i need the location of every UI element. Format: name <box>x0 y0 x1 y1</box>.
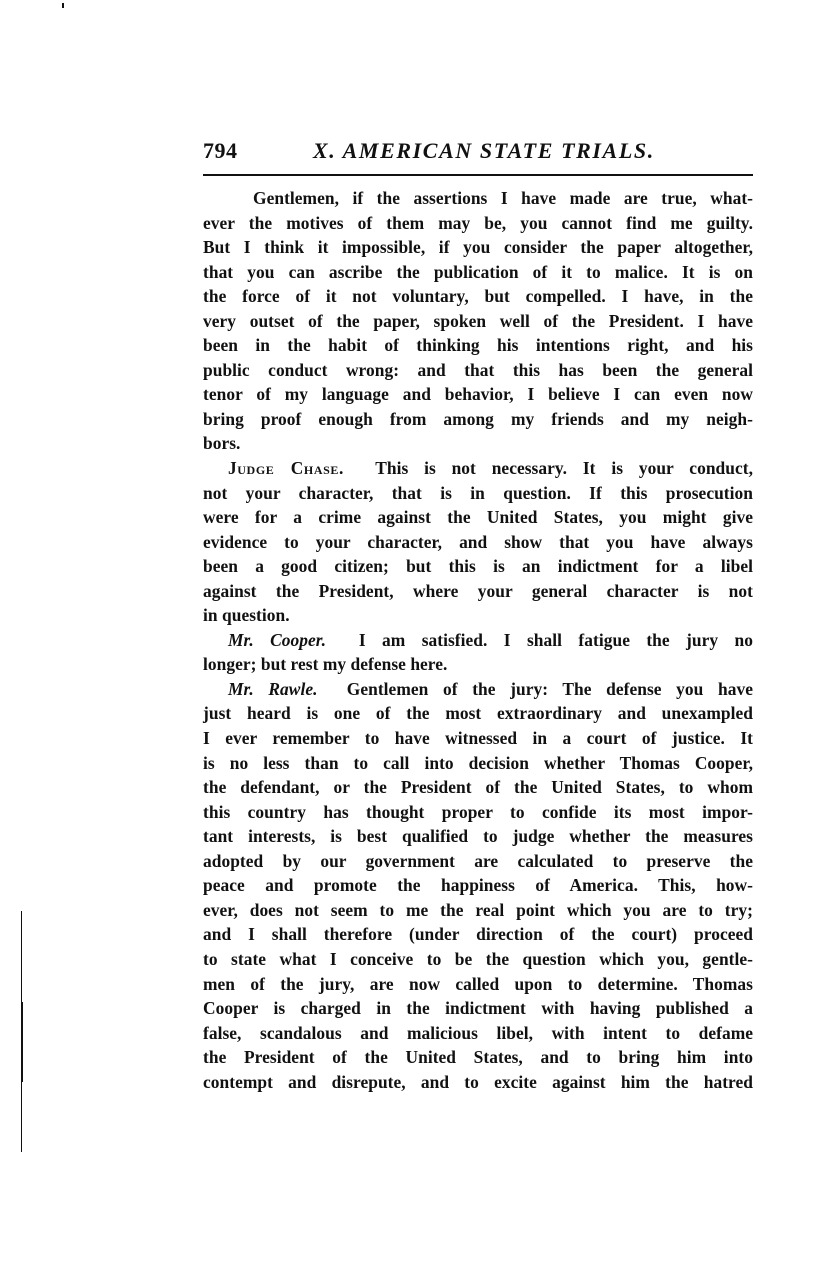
text-line: Cooper is charged in the indictment with… <box>203 996 753 1021</box>
text-line: not your character, that is in question.… <box>203 481 753 506</box>
paragraph-defense-statement: Gentlemen, if the assertions I have made… <box>203 186 753 456</box>
speech-text: Gentlemen of the jury: The defense you h… <box>347 679 753 699</box>
speaker-name: Judge Chase. <box>228 458 344 478</box>
text-line: Judge Chase. This is not necessary. It i… <box>203 456 753 481</box>
text-line: the force of it not voluntary, but compe… <box>203 284 753 309</box>
scan-margin-line-thick <box>21 1002 23 1082</box>
text-line: is no less than to call into decision wh… <box>203 751 753 776</box>
text-line: this country has thought proper to confi… <box>203 800 753 825</box>
running-head: 794 X. AMERICAN STATE TRIALS. <box>203 138 753 168</box>
text-line: ever, does not seem to me the real point… <box>203 898 753 923</box>
text-line: in question. <box>203 603 753 628</box>
text-line: tenor of my language and behavior, I bel… <box>203 382 753 407</box>
text-line: But I think it impossible, if you consid… <box>203 235 753 260</box>
text-line: men of the jury, are now called upon to … <box>203 972 753 997</box>
text-line: longer; but rest my defense here. <box>203 652 753 677</box>
text-line: very outset of the paper, spoken well of… <box>203 309 753 334</box>
speech-text: I am satisfied. I shall fatigue the jury… <box>359 630 753 650</box>
book-page: 794 X. AMERICAN STATE TRIALS. Gentlemen,… <box>203 138 753 1094</box>
text-line: the President of the United States, and … <box>203 1045 753 1070</box>
text-line: bors. <box>203 431 753 456</box>
text-line: peace and promote the happiness of Ameri… <box>203 873 753 898</box>
text-line: bring proof enough from among my friends… <box>203 407 753 432</box>
text-line: Gentlemen, if the assertions I have made… <box>203 186 753 211</box>
text-line: and I shall therefore (under direction o… <box>203 922 753 947</box>
text-line: were for a crime against the United Stat… <box>203 505 753 530</box>
text-line: I ever remember to have witnessed in a c… <box>203 726 753 751</box>
paragraph-mr-rawle: Mr. Rawle. Gentlemen of the jury: The de… <box>203 677 753 1094</box>
text-line: contempt and disrepute, and to excite ag… <box>203 1070 753 1095</box>
text-line: Mr. Rawle. Gentlemen of the jury: The de… <box>203 677 753 702</box>
text-line: evidence to your character, and show tha… <box>203 530 753 555</box>
body-text: Gentlemen, if the assertions I have made… <box>203 186 753 1094</box>
text-line: false, scandalous and malicious libel, w… <box>203 1021 753 1046</box>
text-line: been a good citizen; but this is an indi… <box>203 554 753 579</box>
paragraph-mr-cooper: Mr. Cooper. I am satisfied. I shall fati… <box>203 628 753 677</box>
paragraph-judge-chase: Judge Chase. This is not necessary. It i… <box>203 456 753 628</box>
running-title: X. AMERICAN STATE TRIALS. <box>313 138 655 164</box>
text-line: public conduct wrong: and that this has … <box>203 358 753 383</box>
text-line: ever the motives of them may be, you can… <box>203 211 753 236</box>
speaker-name: Mr. Cooper. <box>228 630 326 650</box>
text-line: just heard is one of the most extraordin… <box>203 701 753 726</box>
text-line: against the President, where your genera… <box>203 579 753 604</box>
speaker-name: Mr. Rawle. <box>228 679 318 699</box>
text-line: to state what I conceive to be the quest… <box>203 947 753 972</box>
page-number: 794 <box>203 138 313 164</box>
header-rule <box>203 174 753 176</box>
text-line: that you can ascribe the publication of … <box>203 260 753 285</box>
text-line: been in the habit of thinking his intent… <box>203 333 753 358</box>
text-line: adopted by our government are calculated… <box>203 849 753 874</box>
text-line: the defendant, or the President of the U… <box>203 775 753 800</box>
speech-text: This is not necessary. It is your conduc… <box>375 458 753 478</box>
text-line: Mr. Cooper. I am satisfied. I shall fati… <box>203 628 753 653</box>
text-line: tant interests, is best qualified to jud… <box>203 824 753 849</box>
scan-artifact-mark <box>62 3 64 8</box>
